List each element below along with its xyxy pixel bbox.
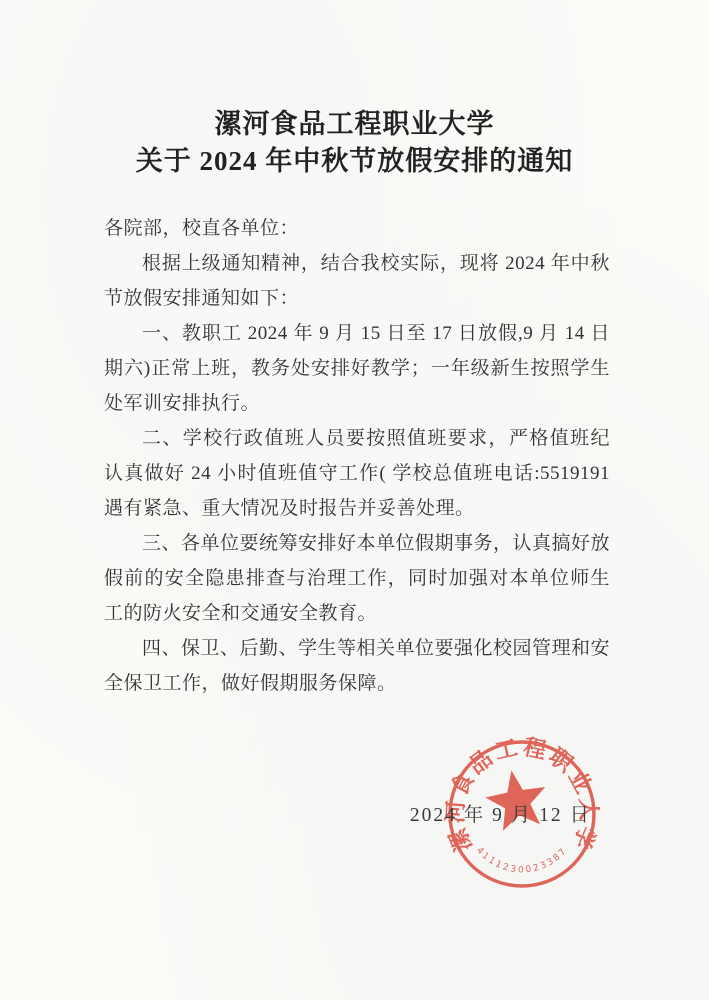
body-line: 各院部，校直各单位： <box>104 211 610 246</box>
seal-code-text: 4111230023387 <box>474 846 570 876</box>
date-line: 2024 年 9 月 12 日 <box>410 801 591 831</box>
body-line: 三、各单位要统筹安排好本单位假期事务，认真搞好放 <box>104 526 610 561</box>
body-line: 遇有紧急、重大情况及时报告并妥善处理。 <box>104 491 610 526</box>
body-line: 根据上级通知精神，结合我校实际，现将 2024 年中秋 <box>104 246 610 281</box>
body-line: 认真做好 24 小时值班值守工作( 学校总值班电话:5519191 )， <box>104 456 610 491</box>
title-line-2: 关于 2024 年中秋节放假安排的通知 <box>0 143 709 180</box>
body-line: 工的防火安全和交通安全教育。 <box>104 596 610 631</box>
scanned-page: 漯河食品工程职业大学 关于 2024 年中秋节放假安排的通知 各院部，校直各单位… <box>0 0 709 1000</box>
document-body: 各院部，校直各单位：根据上级通知精神，结合我校实际，现将 2024 年中秋节放假… <box>104 211 610 701</box>
body-line: 二、学校行政值班人员要按照值班要求，严格值班纪律， <box>104 421 610 456</box>
body-line: 一、教职工 2024 年 9 月 15 日至 17 日放假,9 月 14 日(星 <box>104 316 610 351</box>
body-line: 全保卫工作，做好假期服务保障。 <box>104 666 610 701</box>
body-line: 节放假安排通知如下： <box>104 281 610 316</box>
body-line: 四、保卫、后勤、学生等相关单位要强化校园管理和安 <box>104 631 610 666</box>
document-title: 漯河食品工程职业大学 关于 2024 年中秋节放假安排的通知 <box>0 106 709 180</box>
title-line-1: 漯河食品工程职业大学 <box>0 106 709 143</box>
body-line: 假前的安全隐患排查与治理工作，同时加强对本单位师生员 <box>104 561 610 596</box>
body-line: 处军训安排执行。 <box>104 386 610 421</box>
body-line: 期六)正常上班，教务处安排好教学；一年级新生按照学生 <box>104 351 610 386</box>
